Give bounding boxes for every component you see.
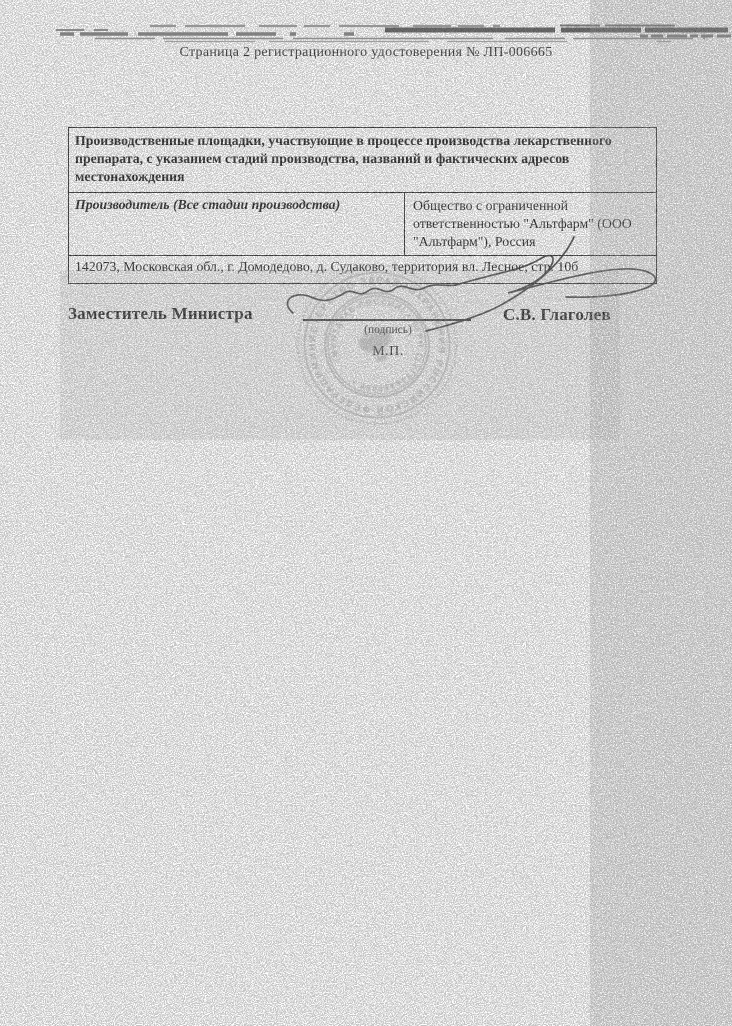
ghost-smudge (333, 528, 397, 604)
table-header-cell: Производственные площадки, участвующие в… (69, 128, 656, 193)
scanned-document-page: Страница 2 регистрационного удостоверени… (0, 0, 732, 1026)
producer-name-cell: Общество с ограниченной ответственностью… (405, 193, 656, 256)
signature-stroke-flourish-right (456, 255, 655, 297)
official-title: Заместитель Министра (68, 304, 253, 324)
ministry-round-stamp: МИНИСТЕРСТВО ЗДРАВООХРАНЕНИЯ РОССИЙСКОЙ … (285, 253, 469, 437)
scan-noise (0, 0, 732, 1026)
noise-overlay-full (0, 0, 732, 1026)
stamp-rings: МИНИСТЕРСТВО ЗДРАВООХРАНЕНИЯ РОССИЙСКОЙ … (285, 253, 469, 437)
page-header: Страница 2 регистрационного удостоверени… (0, 45, 732, 61)
stamp-emblem-eagle (353, 322, 401, 368)
producer-role-cell: Производитель (Все стадии производства) (69, 193, 405, 256)
torn-edge-artifact (56, 26, 731, 42)
handwritten-signature (0, 0, 732, 1026)
noise-overlay-right-edge (590, 0, 732, 1026)
printed-content: Страница 2 регистрационного удостоверени… (0, 0, 732, 1026)
official-name: С.В. Глаголев (503, 305, 611, 325)
table-row: Производитель (Все стадии производства) … (69, 193, 656, 257)
scan-artifacts (0, 0, 732, 1026)
